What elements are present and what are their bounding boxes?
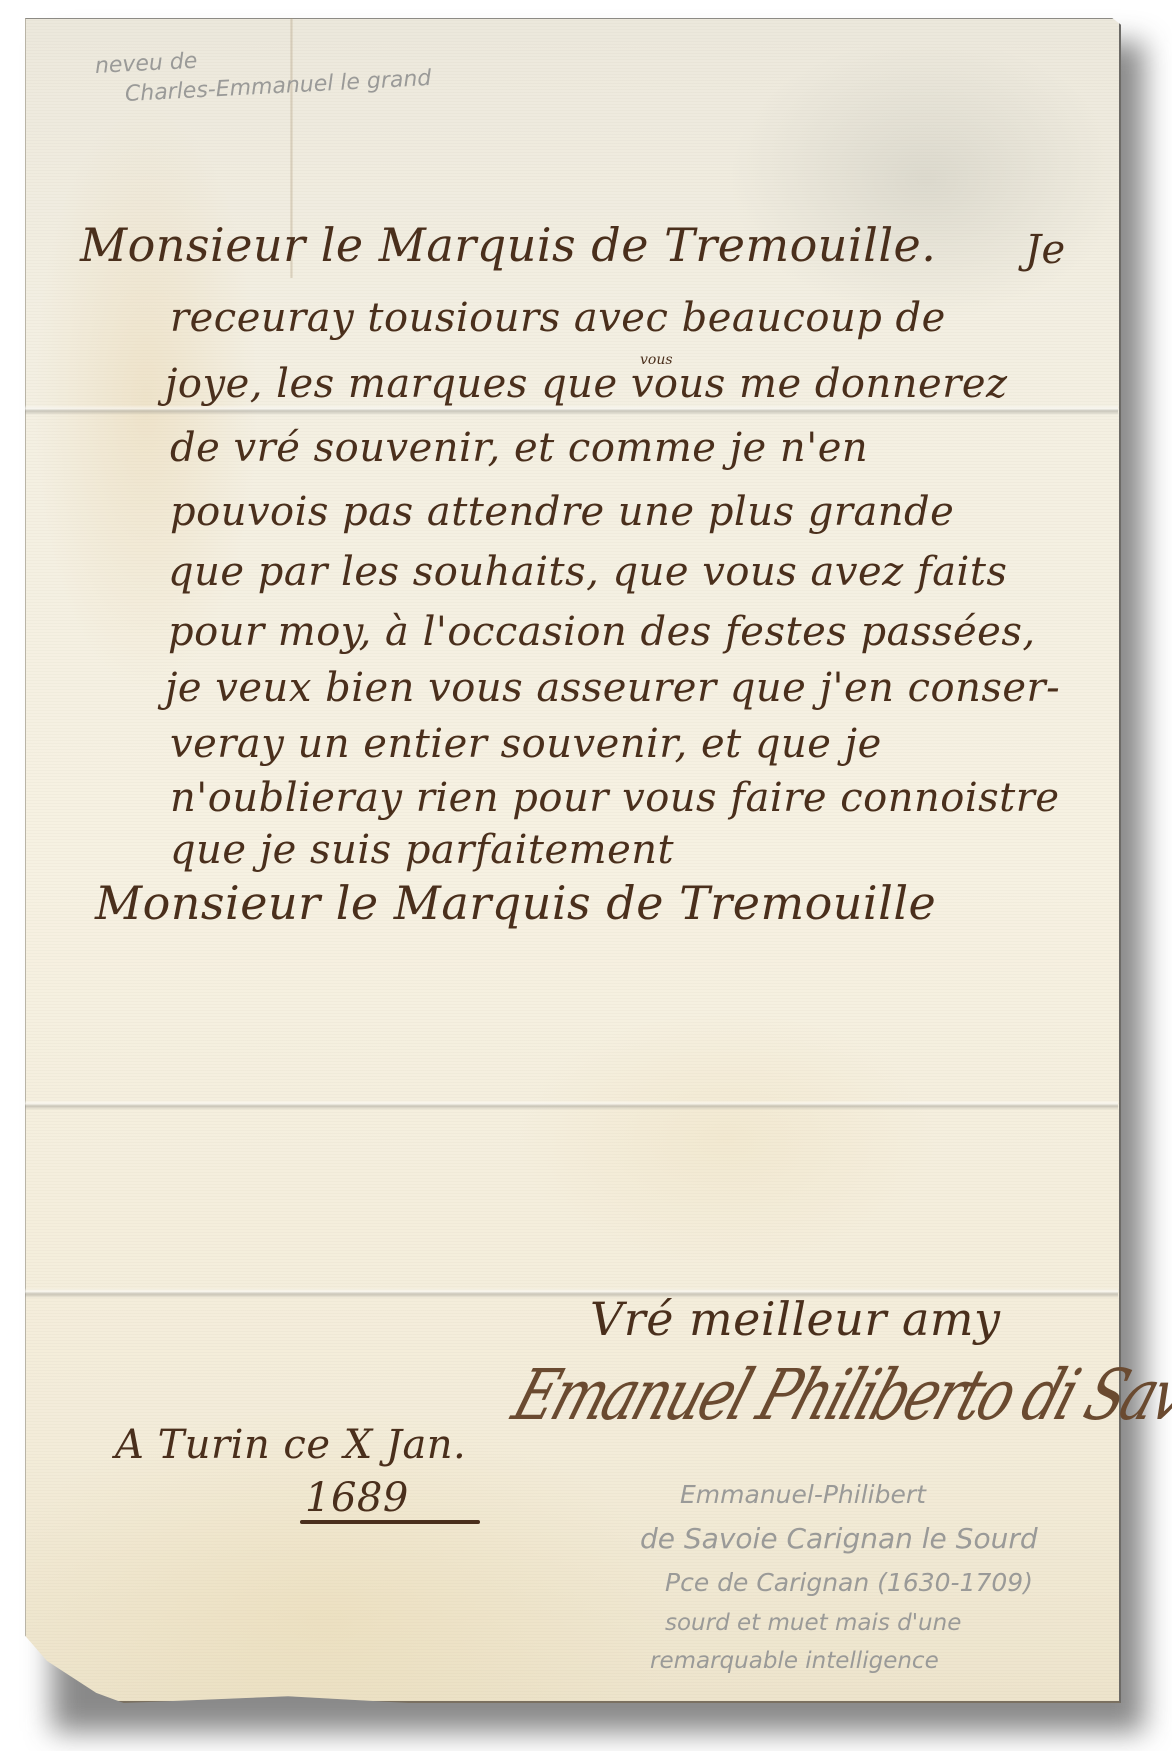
pencil-note-line: Pce de Carignan (1630-1709)	[665, 1570, 1033, 1595]
closing-address: Monsieur le Marquis de Tremouille	[95, 880, 936, 926]
pencil-note-line: de Savoie Carignan le Sourd	[640, 1525, 1038, 1553]
year: 1689	[305, 1478, 409, 1518]
fold-crease	[25, 1100, 1118, 1110]
signature: Emanuel Philiberto di Savoia	[504, 1355, 1172, 1436]
pencil-note-line: neveu de	[94, 51, 197, 78]
letter-line: joye, les marques que vous me donnerez	[165, 364, 1008, 404]
letter-line: je veux bien vous asseurer que j'en cons…	[165, 668, 1060, 708]
letter-line: pour moy, à l'occasion des festes passée…	[168, 612, 1036, 652]
place-date: A Turin ce X Jan.	[115, 1425, 466, 1465]
year-underline	[300, 1520, 480, 1524]
letter-line: pouvois pas attendre une plus grande	[170, 492, 954, 532]
letter-line: que je suis parfaitement	[170, 830, 674, 870]
pencil-note-line: remarquable intelligence	[650, 1650, 939, 1673]
letter-line: Je	[1025, 230, 1066, 270]
letter-line: n'oublieray rien pour vous faire connois…	[170, 778, 1060, 818]
letter-line: receuray tousiours avec beaucoup de	[170, 298, 946, 338]
salutation: Monsieur le Marquis de Tremouille.	[80, 222, 936, 268]
letter-line: veray un entier souvenir, et que je	[170, 724, 882, 764]
valediction: Vré meilleur amy	[590, 1296, 1001, 1342]
pencil-note-line: Emmanuel-Philibert	[680, 1482, 926, 1507]
pencil-note-line: sourd et muet mais d'une	[665, 1612, 961, 1635]
letter-line: que par les souhaits, que vous avez fait…	[168, 552, 1007, 592]
letter-line: de vré souvenir, et comme je n'en	[170, 428, 868, 468]
